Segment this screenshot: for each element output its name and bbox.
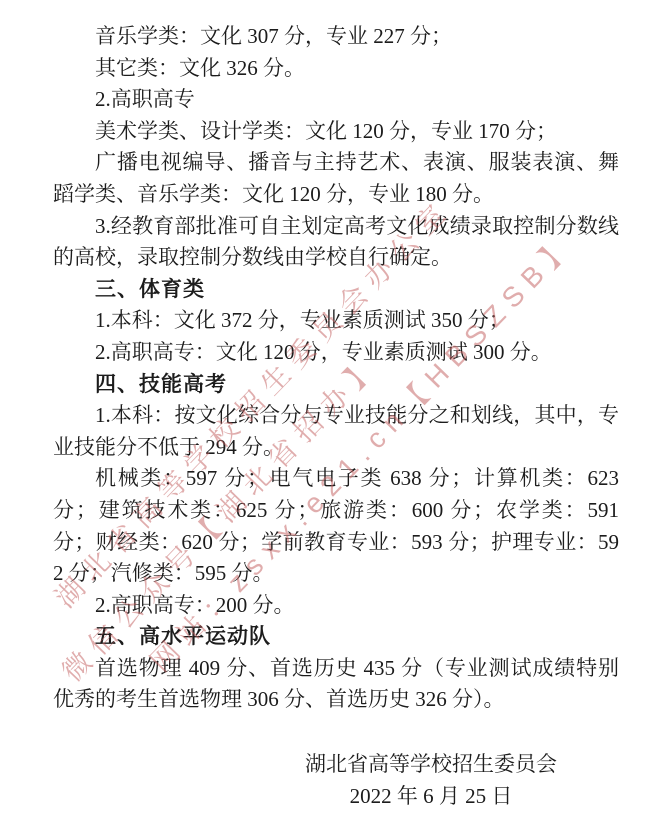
body-paragraph-vocational-label: 2.高职高专 xyxy=(53,84,619,116)
signature-block: 湖北省高等学校招生委员会 2022 年 6 月 25 日 xyxy=(305,748,557,812)
body-paragraph-art-design-voc: 美术学类、设计学类：文化 120 分，专业 170 分； xyxy=(53,116,619,148)
body-paragraph-sports-undergrad: 1.本科：文化 372 分，专业素质测试 350 分； xyxy=(53,305,619,337)
body-paragraph-other-undergrad: 其它类：文化 326 分。 xyxy=(53,53,619,85)
body-paragraph-music-undergrad: 音乐学类：文化 307 分，专业 227 分； xyxy=(53,21,619,53)
body-paragraph-skills-undergrad: 1.本科：按文化综合分与专业技能分之和划线，其中，专业技能分不低于 294 分。 xyxy=(53,400,619,463)
body-paragraph-skills-vocational: 2.高职高专：200 分。 xyxy=(53,590,619,622)
body-paragraph-skills-categories: 机械类：597 分；电气电子类 638 分；计算机类：623 分；建筑技术类：6… xyxy=(53,463,619,589)
body-paragraph-sports-vocational: 2.高职高专：文化 120 分，专业素质测试 300 分。 xyxy=(53,337,619,369)
signature-committee: 湖北省高等学校招生委员会 xyxy=(305,748,557,780)
document-page: 湖北省高等学校招生委员会办公室 微信公众号【湖北省招办】 网站：zsxx.e21… xyxy=(0,0,667,838)
body-paragraph-broadcast-voc: 广播电视编导、播音与主持艺术、表演、服装表演、舞蹈学类、音乐学类：文化 120 … xyxy=(53,147,619,210)
document-body: 音乐学类：文化 307 分，专业 227 分； 其它类：文化 326 分。 2.… xyxy=(53,21,619,812)
section-heading-sports: 三、体育类 xyxy=(53,274,619,306)
section-heading-athletes: 五、高水平运动队 xyxy=(53,621,619,653)
body-paragraph-athletes-scores: 首选物理 409 分、首选历史 435 分（专业测试成绩特别优秀的考生首选物理 … xyxy=(53,653,619,716)
signature-date: 2022 年 6 月 25 日 xyxy=(305,780,557,812)
body-paragraph-moe-approved: 3.经教育部批准可自主划定高考文化成绩录取控制分数线的高校，录取控制分数线由学校… xyxy=(53,211,619,274)
section-heading-skills-exam: 四、技能高考 xyxy=(53,369,619,401)
